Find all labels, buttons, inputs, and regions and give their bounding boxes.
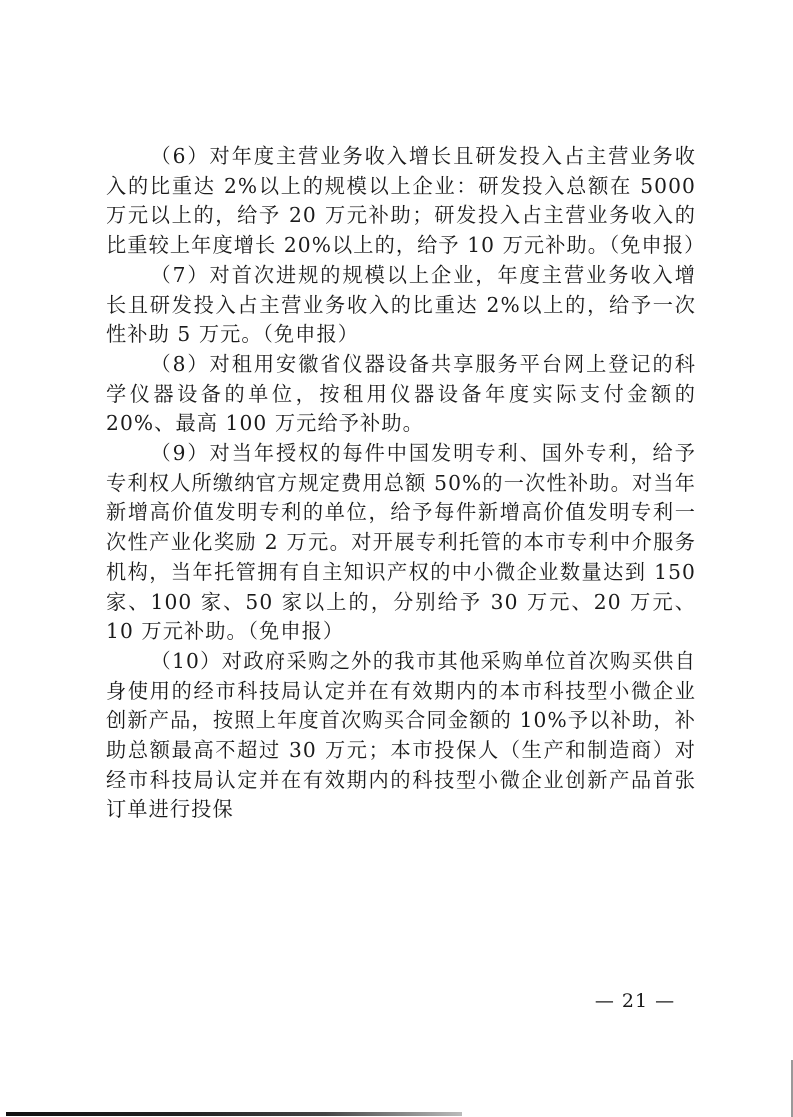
paragraph-item-6: （6）对年度主营业务收入增长且研发投入占主营业务收入的比重达 2%以上的规模以上… [106, 142, 696, 261]
scan-edge-shadow [6, 1112, 462, 1116]
document-body: （6）对年度主营业务收入增长且研发投入占主营业务收入的比重达 2%以上的规模以上… [106, 142, 696, 825]
document-page: （6）对年度主营业务收入增长且研发投入占主营业务收入的比重达 2%以上的规模以上… [0, 0, 793, 1117]
paragraph-item-10: （10）对政府采购之外的我市其他采购单位首次购买供自身使用的经市科技局认定并在有… [106, 647, 696, 825]
paragraph-item-9: （9）对当年授权的每件中国发明专利、国外专利，给予专利权人所缴纳官方规定费用总额… [106, 439, 696, 647]
paragraph-item-7: （7）对首次进规的规模以上企业，年度主营业务收入增长且研发投入占主营业务收入的比… [106, 261, 696, 350]
paragraph-item-8: （8）对租用安徽省仪器设备共享服务平台网上登记的科学仪器设备的单位，按租用仪器设… [106, 350, 696, 439]
page-number: — 21 — [590, 990, 680, 1012]
